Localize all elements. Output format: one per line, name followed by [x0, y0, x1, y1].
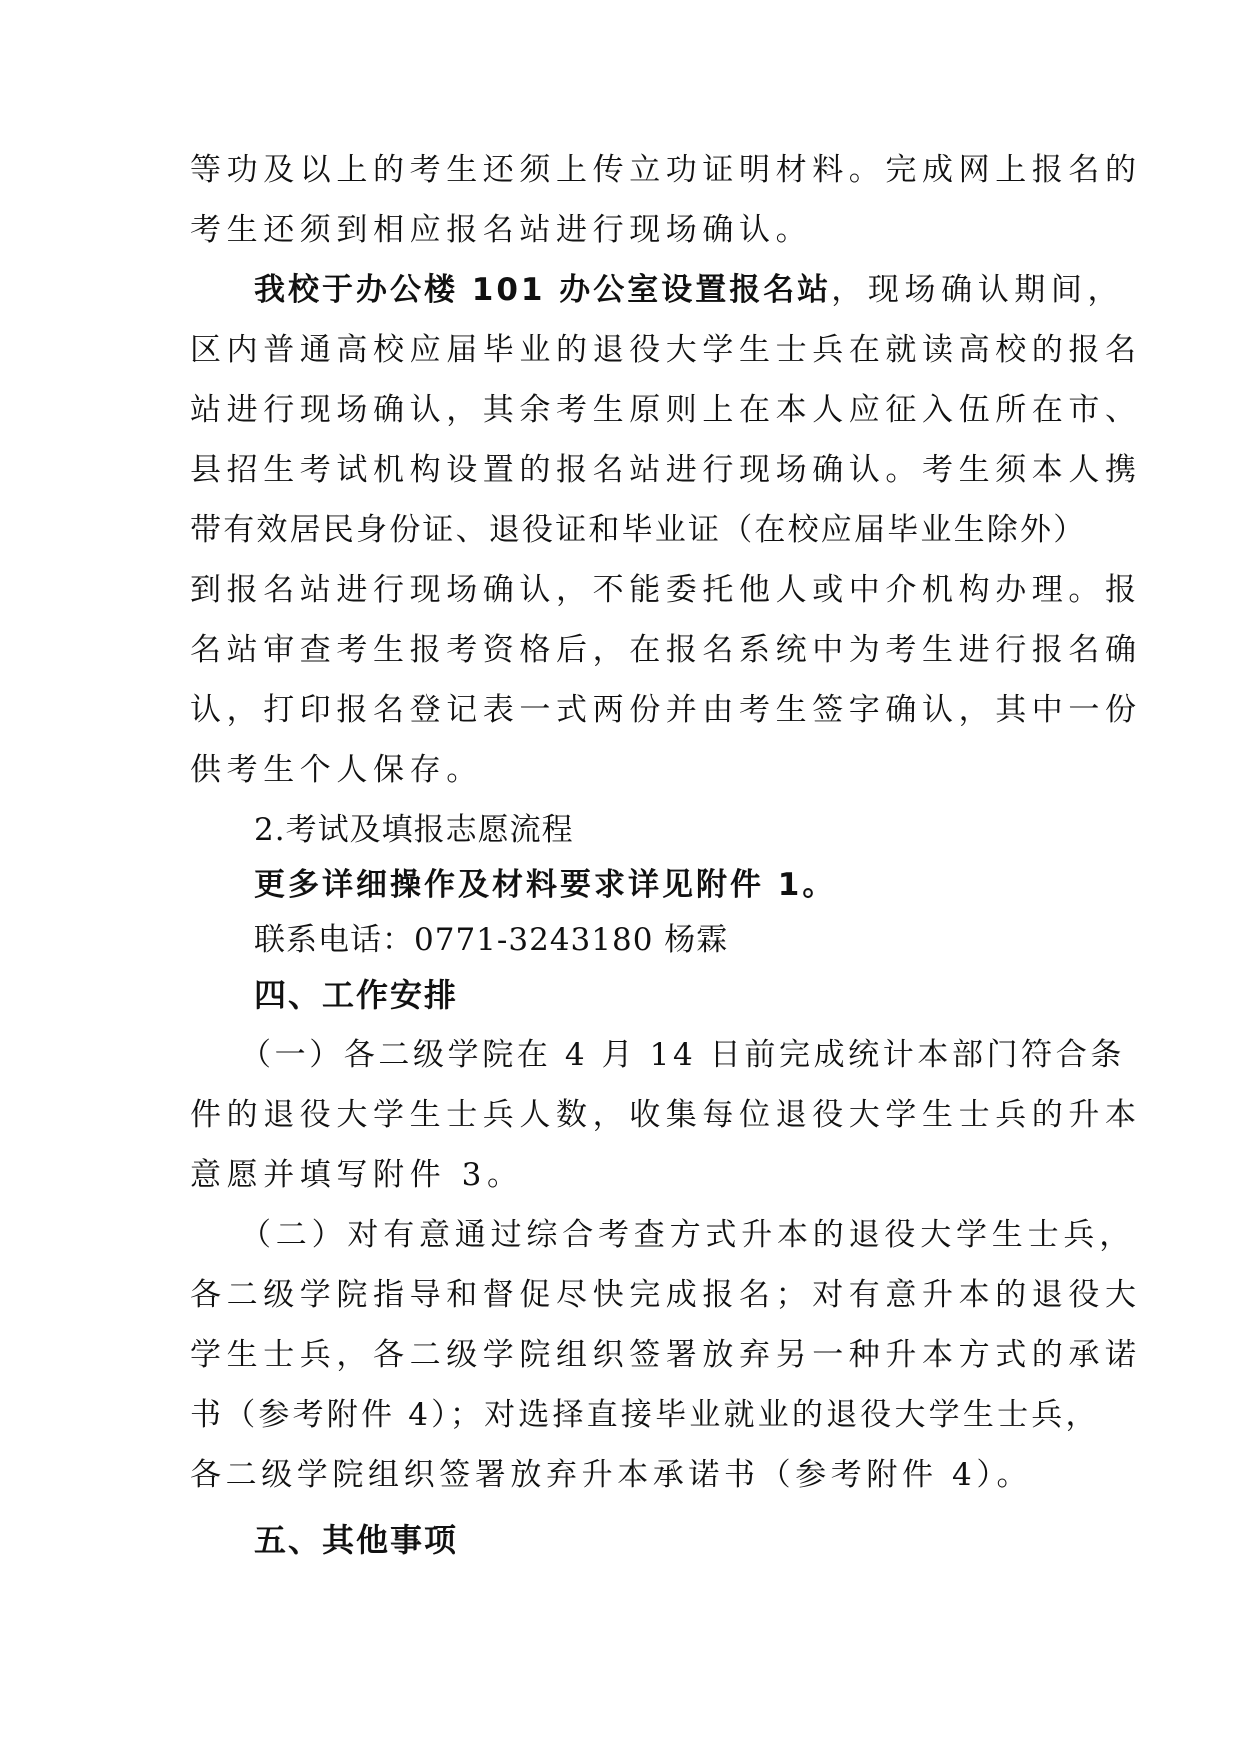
paragraph-line: 各二级学院指导和督促尽快完成报名；对有意升本的退役大: [190, 1275, 1050, 1315]
paragraph-line: 书（参考附件 4）；对选择直接毕业就业的退役大学生士兵，: [190, 1395, 1050, 1435]
paragraph-line: 考生还须到相应报名站进行现场确认。: [190, 210, 1050, 250]
paragraph-line: 名站审查考生报考资格后，在报名系统中为考生进行报名确: [190, 630, 1050, 670]
document-page: 等功及以上的考生还须上传立功证明材料。完成网上报名的 考生还须到相应报名站进行现…: [0, 0, 1240, 1753]
paragraph-line: 意愿并填写附件 3。: [190, 1155, 1050, 1195]
bold-emphasis: 我校于办公楼 101 办公室设置报名站: [254, 272, 831, 308]
text-span: ，现场确认期间，: [831, 272, 1124, 308]
paragraph-line: 县招生考试机构设置的报名站进行现场确认。考生须本人携: [190, 450, 1050, 490]
paragraph-line: 区内普通高校应届毕业的退役大学生士兵在就读高校的报名: [190, 330, 1050, 370]
paragraph-line: 我校于办公楼 101 办公室设置报名站，现场确认期间，: [254, 270, 1050, 310]
paragraph-line: （二）对有意通过综合考查方式升本的退役大学生士兵，: [240, 1215, 1100, 1255]
paragraph-line: 件的退役大学生士兵人数，收集每位退役大学生士兵的升本: [190, 1095, 1050, 1135]
section-heading: 四、工作安排: [254, 975, 1050, 1015]
paragraph-line: 认，打印报名登记表一式两份并由考生签字确认，其中一份: [190, 690, 1050, 730]
section-heading: 五、其他事项: [254, 1520, 1050, 1560]
contact-line: 联系电话：0771-3243180 杨霖: [254, 920, 1050, 960]
bold-note: 更多详细操作及材料要求详见附件 1。: [254, 865, 1050, 905]
paragraph-line: 等功及以上的考生还须上传立功证明材料。完成网上报名的: [190, 150, 1050, 190]
paragraph-line: 站进行现场确认，其余考生原则上在本人应征入伍所在市、: [190, 390, 1050, 430]
paragraph-line: 带有效居民身份证、退役证和毕业证（在校应届毕业生除外）: [190, 510, 1050, 550]
paragraph-line: 学生士兵，各二级学院组织签署放弃另一种升本方式的承诺: [190, 1335, 1050, 1375]
paragraph-line: 供考生个人保存。: [190, 750, 1050, 790]
subsection-title: 2.考试及填报志愿流程: [254, 810, 1050, 850]
paragraph-line: （一）各二级学院在 4 月 14 日前完成统计本部门符合条: [240, 1035, 1100, 1075]
paragraph-line: 各二级学院组织签署放弃升本承诺书（参考附件 4）。: [190, 1455, 1050, 1495]
paragraph-line: 到报名站进行现场确认，不能委托他人或中介机构办理。报: [190, 570, 1050, 610]
